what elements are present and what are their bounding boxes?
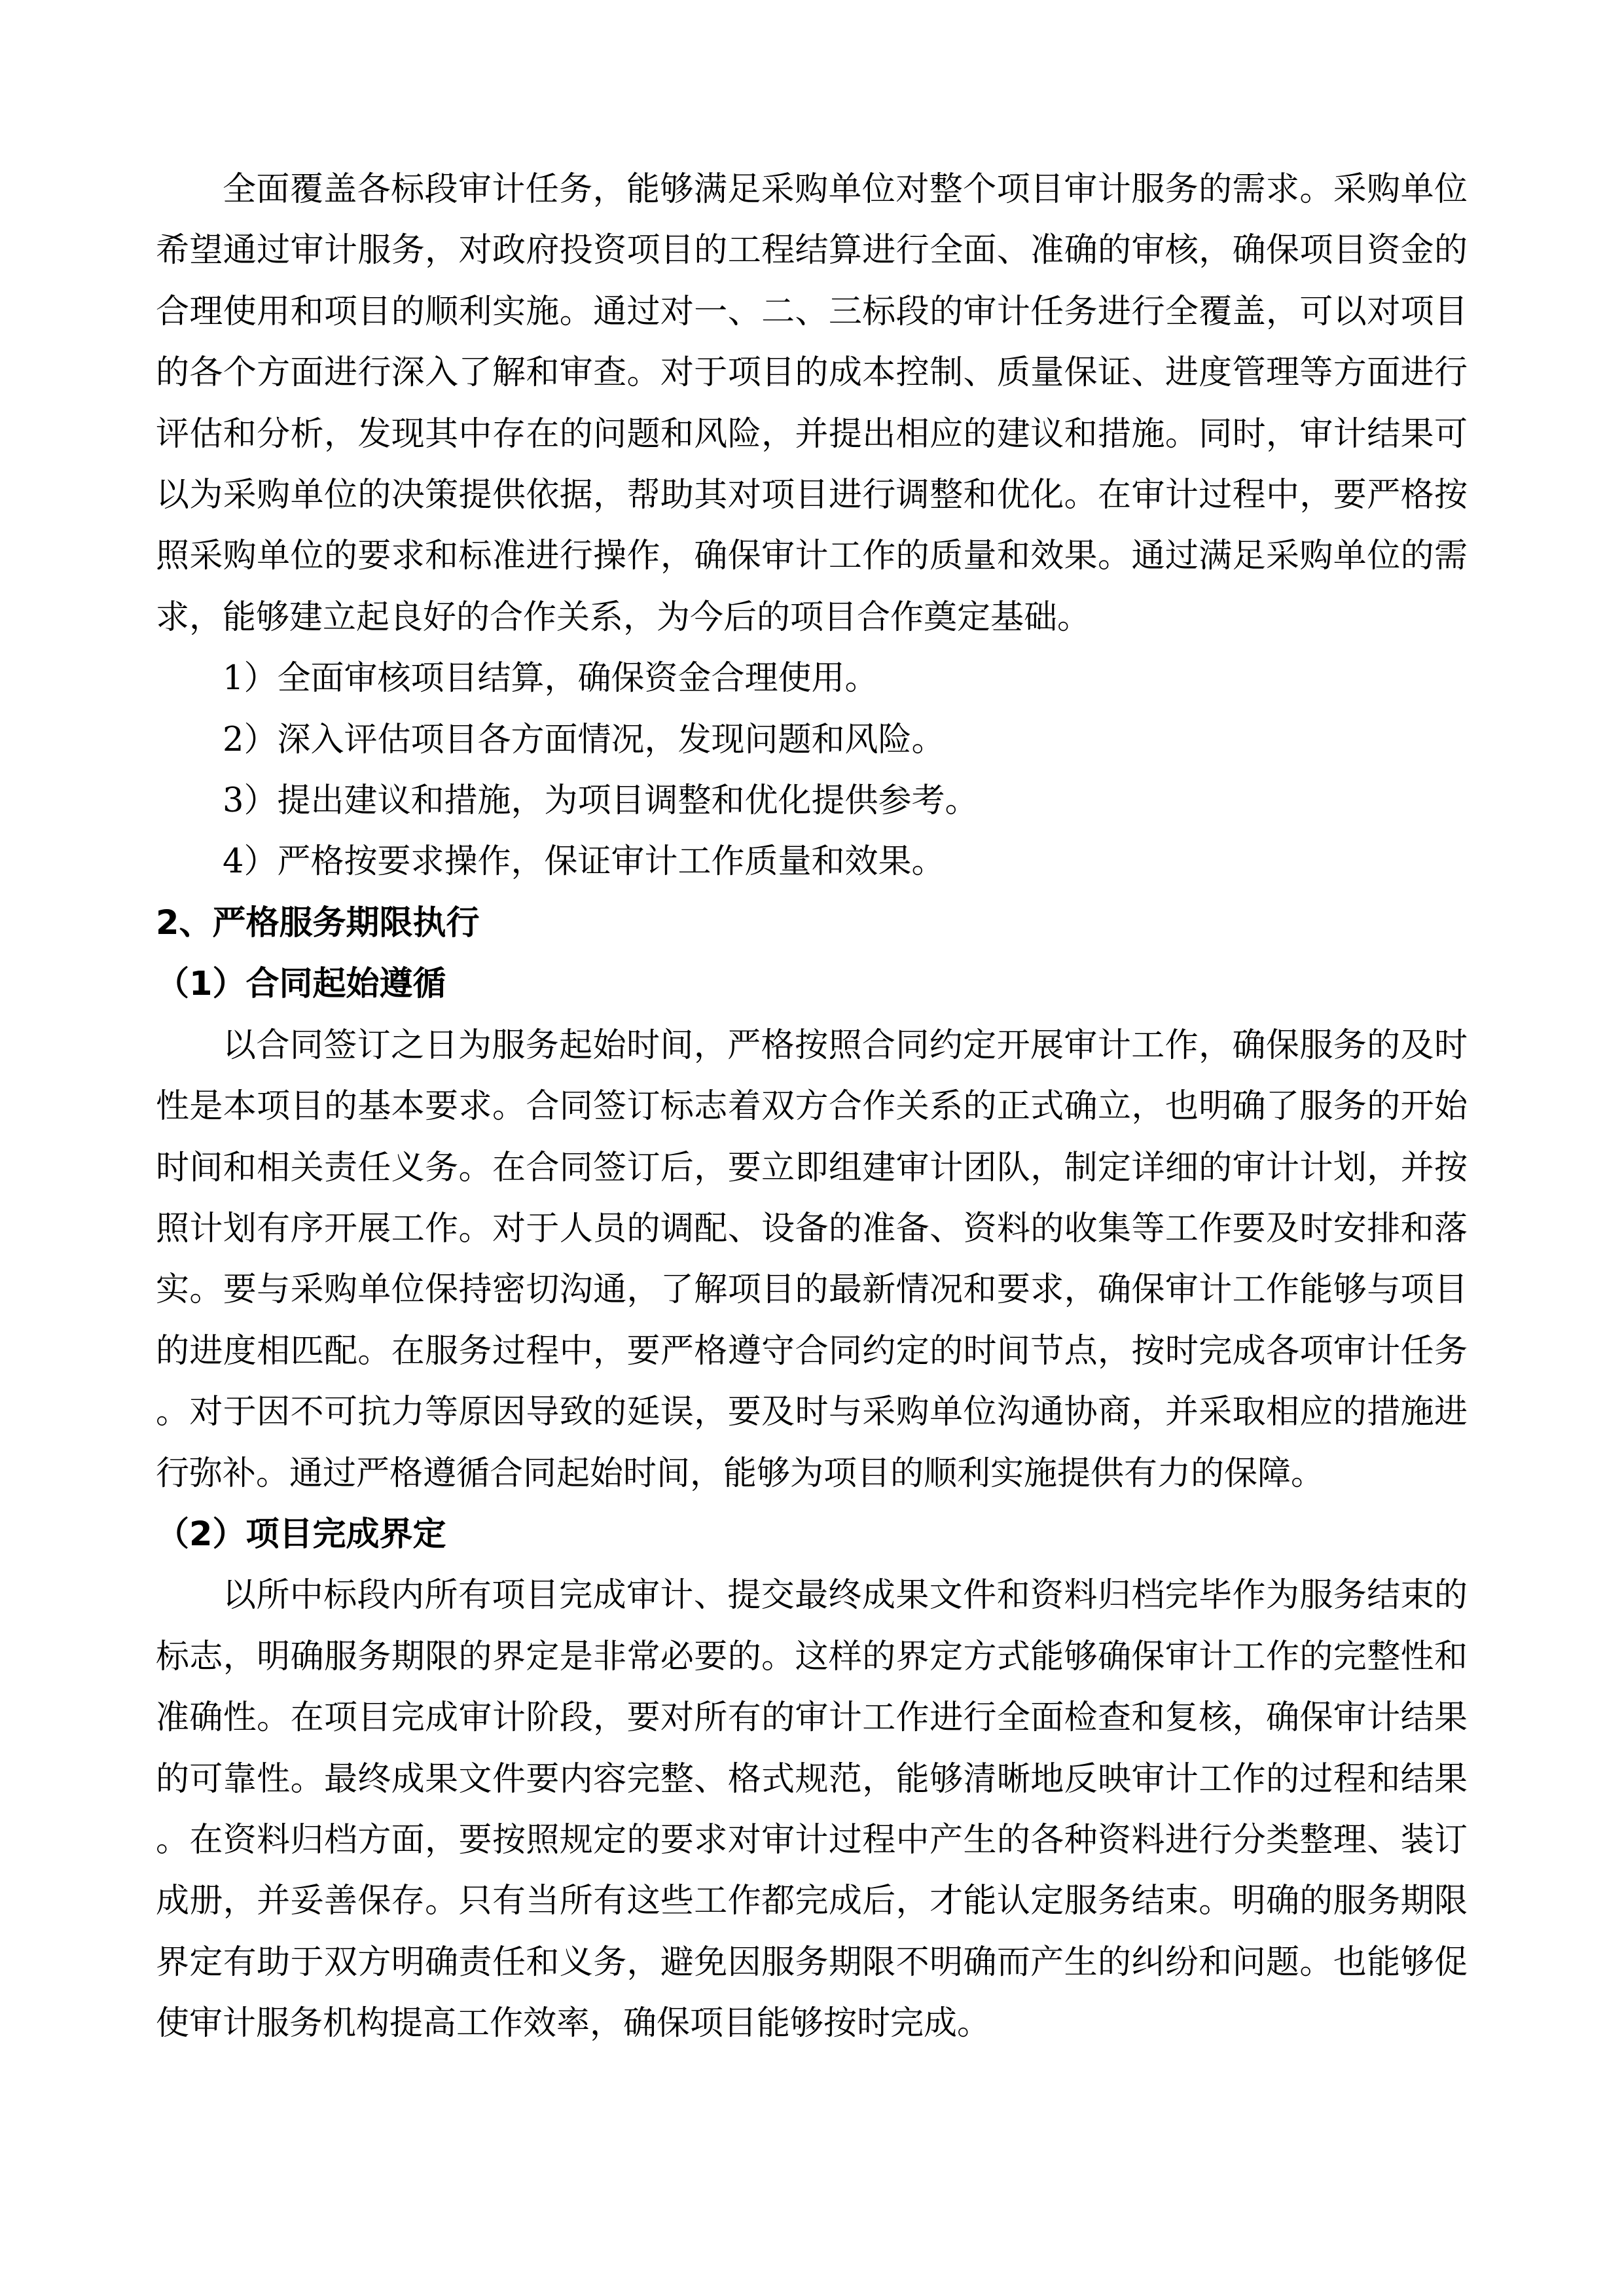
list-item: 2）深入评估项目各方面情况，发现问题和风险。 [156,709,1468,770]
subsection-heading-project-completion: （2）项目完成界定 [156,1504,1468,1565]
paragraph-coverage: 全面覆盖各标段审计任务，能够满足采购单位对整个项目审计服务的需求。采购单位希望通… [156,159,1468,648]
key-points-list: 1）全面审核项目结算，确保资金合理使用。 2）深入评估项目各方面情况，发现问题和… [156,648,1468,893]
paragraph-project-completion: 以所中标段内所有项目完成审计、提交最终成果文件和资料归档完毕作为服务结束的标志，… [156,1565,1468,2054]
section-heading-service-period: 2、严格服务期限执行 [156,893,1468,954]
list-item: 4）严格按要求操作，保证审计工作质量和效果。 [156,831,1468,892]
subsection-heading-contract-start: （1）合同起始遵循 [156,954,1468,1014]
paragraph-contract-start: 以合同签订之日为服务起始时间，严格按照合同约定开展审计工作，确保服务的及时性是本… [156,1015,1468,1504]
list-item: 1）全面审核项目结算，确保资金合理使用。 [156,648,1468,709]
document-page: 全面覆盖各标段审计任务，能够满足采购单位对整个项目审计服务的需求。采购单位希望通… [156,159,1468,2054]
list-item: 3）提出建议和措施，为项目调整和优化提供参考。 [156,770,1468,831]
